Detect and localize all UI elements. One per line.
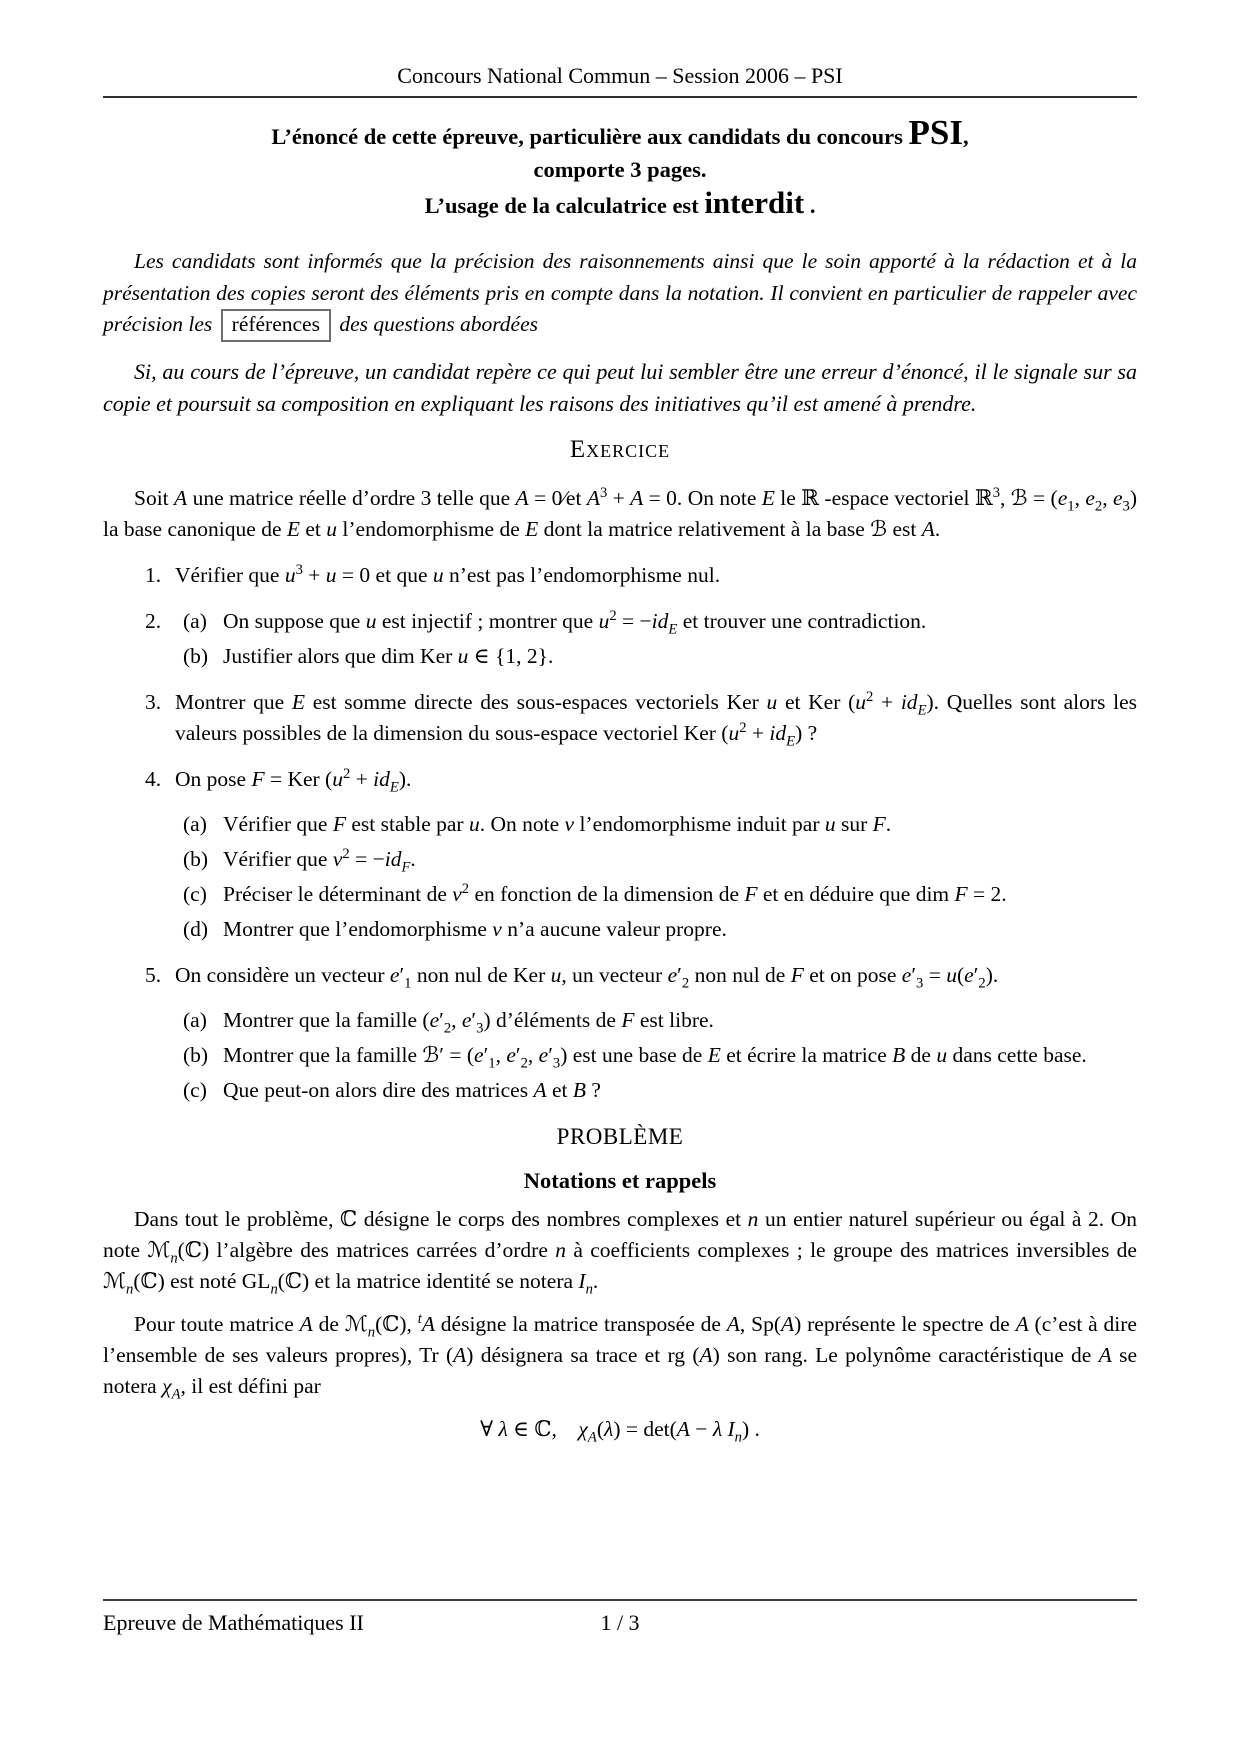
notice-line-1-comma: , [963,124,969,149]
references-box: références [221,309,331,342]
subitem-label: (a) [183,606,207,637]
exercise-items: 1.Vérifier que u3 + u = 0 et que u n’est… [103,560,1137,1106]
remark-precision-tail: des questions abordées [334,312,538,336]
subitem-text: Vérifier que F est stable par u. On note… [223,809,1137,840]
subitem-text: Préciser le déterminant de v2 en fonctio… [223,879,1137,910]
problem-paragraph-1: Dans tout le problème, ℂ désigne le corp… [103,1204,1137,1297]
exercise-item-2: 2.(a)On suppose que u est injectif ; mon… [103,606,1137,672]
subitem-label: (b) [183,641,208,672]
problem-subheading: Notations et rappels [103,1166,1137,1196]
exercise-subitem: (b)Montrer que la famille ℬ′ = (e′1, e′2… [103,1040,1137,1071]
item-label: 5. [145,960,161,991]
problem-heading: PROBLÈME [103,1122,1137,1152]
exam-page: Concours National Commun – Session 2006 … [0,0,1240,1754]
exercise-subitem: (a)Montrer que la famille (e′2, e′3) d’é… [103,1005,1137,1036]
exercise-subitem: (a)Vérifier que F est stable par u. On n… [103,809,1137,840]
item-text: On considère un vecteur e′1 non nul de K… [175,960,1137,991]
item-text: On pose F = Ker (u2 + idE). [175,764,1137,795]
subitem-label: (a) [183,809,207,840]
exercise-subitem: (a)On suppose que u est injectif ; montr… [103,606,1137,637]
subitem-text: Vérifier que v2 = −idF. [223,844,1137,875]
exercise-subitem: (b)Vérifier que v2 = −idF. [103,844,1137,875]
subitem-label: (c) [183,1075,207,1106]
item-text: Montrer que E est somme directe des sous… [175,687,1137,749]
subitem-text: Montrer que la famille ℬ′ = (e′1, e′2, e… [223,1040,1137,1071]
page-header-title: Concours National Commun – Session 2006 … [103,0,1137,88]
item-label: 3. [145,687,161,718]
exercise-item-5: 5.On considère un vecteur e′1 non nul de… [103,960,1137,1106]
notice-line-1: L’énoncé de cette épreuve, particulière … [103,116,1137,153]
notice-line-3-text: L’usage de la calculatrice est [425,193,705,218]
exercise-item-4: 4.On pose F = Ker (u2 + idE).(a)Vérifier… [103,764,1137,945]
notice-interdit: interdit [704,185,804,220]
subitem-text: Que peut-on alors dire des matrices A et… [223,1075,1137,1106]
page-content: Concours National Commun – Session 2006 … [103,0,1137,1445]
page-footer: Epreuve de Mathématiques II 1 / 3 [103,1599,1137,1651]
exercise-subitems: (a)Montrer que la famille (e′2, e′3) d’é… [103,1005,1137,1106]
problem-paragraph-2: Pour toute matrice A de ℳn(ℂ), tA désign… [103,1309,1137,1402]
exercise-subitem: (d)Montrer que l’endomorphisme v n’a auc… [103,914,1137,945]
subitem-text: Montrer que l’endomorphisme v n’a aucune… [223,914,1137,945]
subitem-label: (b) [183,1040,208,1071]
exercise-item-3: 3.Montrer que E est somme directe des so… [103,687,1137,749]
item-label: 1. [145,560,161,591]
characteristic-polynomial-formula: ∀ λ ∈ ℂ, χA(λ) = det(A − λ In) . [103,1414,1137,1445]
exercise-subitem: (c)Que peut-on alors dire des matrices A… [103,1075,1137,1106]
notice-line-3: L’usage de la calculatrice est interdit … [103,186,1137,222]
notice-line-2: comporte 3 pages. [103,153,1137,186]
item-label: 4. [145,764,161,795]
subitem-label: (c) [183,879,207,910]
exercise-intro: Soit A une matrice réelle d’ordre 3 tell… [103,483,1137,545]
footer-page-number: 1 / 3 [103,1610,1137,1636]
exercise-subitem: (c)Préciser le déterminant de v2 en fonc… [103,879,1137,910]
notice-line-1-text: L’énoncé de cette épreuve, particulière … [271,124,908,149]
exercise-subitem: (b)Justifier alors que dim Ker u ∈ {1, 2… [103,641,1137,672]
item-text: Vérifier que u3 + u = 0 et que u n’est p… [175,560,1137,591]
subitem-text: On suppose que u est injectif ; montrer … [223,606,1137,637]
subitem-text: Montrer que la famille (e′2, e′3) d’élém… [223,1005,1137,1036]
notice-line-3-period: . [804,193,815,218]
notice-psi: PSI [908,113,962,152]
header-rule [103,96,1137,98]
exercise-item-1: 1.Vérifier que u3 + u = 0 et que u n’est… [103,560,1137,591]
subitem-label: (a) [183,1005,207,1036]
exam-notice: L’énoncé de cette épreuve, particulière … [103,116,1137,222]
remark-error-notice: Si, au cours de l’épreuve, un candidat r… [103,356,1137,419]
subitem-label: (b) [183,844,208,875]
remark-precision: Les candidats sont informés que la préci… [103,246,1137,342]
subitem-label: (d) [183,914,208,945]
exercise-subitems: (a)Vérifier que F est stable par u. On n… [103,809,1137,945]
subitem-text: Justifier alors que dim Ker u ∈ {1, 2}. [223,641,1137,672]
exercise-subitems: (a)On suppose que u est injectif ; montr… [103,606,1137,672]
exercise-heading: Exercice [103,435,1137,465]
